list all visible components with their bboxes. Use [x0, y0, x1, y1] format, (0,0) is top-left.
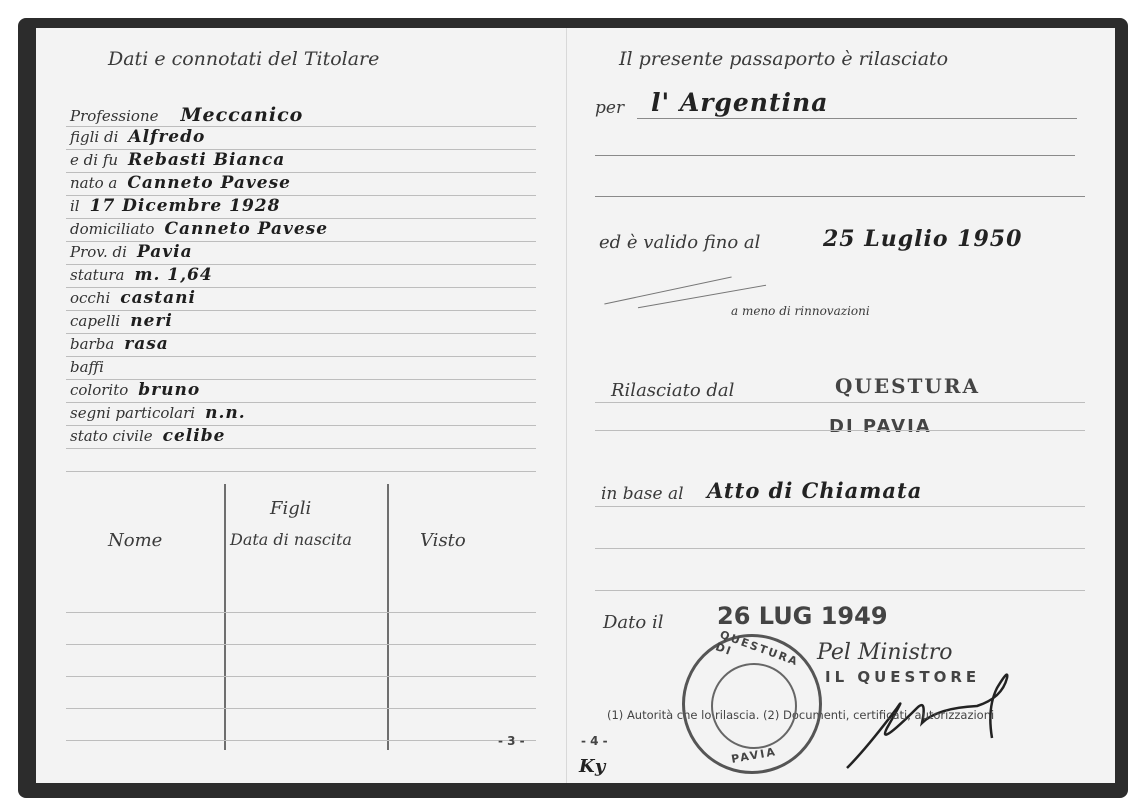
ruled-line — [595, 155, 1075, 156]
left-page-number: - 3 - — [498, 734, 525, 748]
date-label: Dato il — [603, 612, 663, 633]
ruled-line — [66, 448, 536, 449]
seal-text-bottom: PAVIA — [730, 745, 778, 766]
field-data-nascita: il17 Dicembre 1928 — [70, 196, 280, 218]
signatory-label: Pel Ministro — [817, 640, 953, 665]
pen-stroke — [604, 276, 731, 304]
validity-date: 25 Luglio 1950 — [823, 226, 1022, 252]
children-col-data-nascita: Data di nascita — [230, 530, 352, 549]
field-baffi: baffi — [70, 357, 114, 379]
basis-value: Atto di Chiamata — [707, 478, 922, 503]
field-barba: barbarasa — [70, 334, 169, 356]
ruled-line — [637, 118, 1077, 119]
margin-mark: Ky — [579, 756, 606, 777]
ruled-line — [595, 506, 1085, 507]
ruled-line — [66, 356, 536, 357]
left-page: Dati e connotati del Titolare Profession… — [36, 28, 567, 783]
children-col-nome: Nome — [108, 530, 162, 551]
issued-by-label: Rilasciato dal — [611, 380, 734, 401]
destination-value: l' Argentina — [651, 88, 828, 117]
table-row-line — [66, 740, 536, 741]
basis-label: in base al — [601, 484, 684, 504]
field-professione: ProfessioneMeccanico — [70, 104, 303, 126]
signature-icon — [827, 668, 1027, 778]
ruled-line — [595, 590, 1085, 591]
field-nato-a: nato aCanneto Pavese — [70, 173, 291, 195]
field-figli-di: figli diAlfredo — [70, 127, 205, 149]
table-column-divider — [224, 484, 226, 750]
field-segni-particolari: segni particolarin.n. — [70, 403, 246, 425]
field-provincia: Prov. diPavia — [70, 242, 193, 264]
ruled-line — [66, 471, 536, 472]
per-label: per — [595, 98, 624, 118]
issued-by-stamp-questura: QUESTURA — [835, 374, 980, 398]
renewal-note: a meno di rinnovazioni — [731, 304, 870, 318]
field-occhi: occhicastani — [70, 288, 196, 310]
right-page-number: - 4 - — [581, 734, 608, 748]
ruled-line — [595, 548, 1085, 549]
field-e-di-fu: e di fuRebasti Bianca — [70, 150, 285, 172]
table-column-divider — [387, 484, 389, 750]
children-group-header: Figli — [270, 498, 311, 519]
table-row-line — [66, 612, 536, 613]
table-row-line — [66, 644, 536, 645]
left-page-title: Dati e connotati del Titolare — [108, 48, 379, 70]
field-stato-civile: stato civilecelibe — [70, 426, 225, 448]
field-colorito: coloritobruno — [70, 380, 200, 402]
ruled-line — [595, 196, 1085, 197]
right-page: Il presente passaporto è rilasciato per … — [567, 28, 1115, 783]
right-page-heading: Il presente passaporto è rilasciato — [619, 48, 948, 70]
field-domiciliato: domiciliatoCanneto Pavese — [70, 219, 328, 241]
ruled-line — [595, 430, 1085, 431]
children-col-visto: Visto — [420, 530, 466, 551]
ruled-line — [595, 402, 1085, 403]
date-value: 26 LUG 1949 — [717, 602, 888, 630]
issued-by-stamp-pavia: DI PAVIA — [829, 416, 932, 437]
official-seal-icon: QUESTURA DI PAVIA — [682, 634, 822, 774]
field-capelli: capellineri — [70, 311, 173, 333]
table-row-line — [66, 708, 536, 709]
validity-label: ed è valido fino al — [599, 232, 760, 253]
table-row-line — [66, 676, 536, 677]
field-statura: staturam. 1,64 — [70, 265, 213, 287]
